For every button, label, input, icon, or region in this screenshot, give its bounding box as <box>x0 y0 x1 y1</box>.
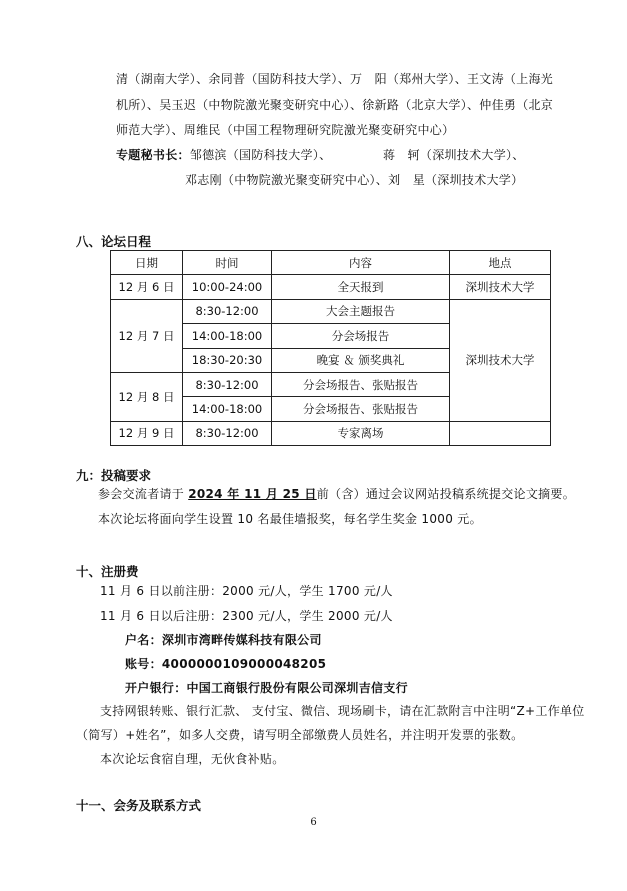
page-number: 6 <box>0 817 627 828</box>
cell-content: 大会主题报告 <box>272 299 450 323</box>
bank-name: 开户银行：中国工商银行股份有限公司深圳吉信支行 <box>125 680 408 696</box>
cell-date: 12 月 8 日 <box>111 372 183 421</box>
deadline-text-before: 参会交流者请于 <box>98 487 188 501</box>
cell-content: 晚宴 ＆ 颁奖典礼 <box>272 348 450 372</box>
cell-content: 专家离场 <box>272 421 450 445</box>
fee-early: 11 月 6 日以前注册：2000 元/人，学生 1700 元/人 <box>100 583 393 599</box>
section-8-heading: 八、论坛日程 <box>76 232 151 250</box>
table-row: 12 月 9 日 8:30-12:00 专家离场 <box>111 421 551 445</box>
payment-methods-line-2: （简写）+姓名”，如多人交费，请写明全部缴费人员姓名，并注明开发票的张数。 <box>76 727 523 743</box>
committee-line-1: 清（湖南大学）、余同普（国防科技大学）、万 阳（郑州大学）、王文涛（上海光 <box>116 71 553 87</box>
cell-time: 8:30-12:00 <box>183 421 272 445</box>
header-place: 地点 <box>450 251 551 275</box>
account-number: 账号：4000000109000048205 <box>125 656 326 672</box>
section-9-heading: 九：投稿要求 <box>76 466 151 484</box>
header-content: 内容 <box>272 251 450 275</box>
cell-date: 12 月 9 日 <box>111 421 183 445</box>
fee-late: 11 月 6 日以后注册：2300 元/人，学生 2000 元/人 <box>100 608 393 624</box>
header-time: 时间 <box>183 251 272 275</box>
schedule-table: 日期 时间 内容 地点 12 月 6 日 10:00-24:00 全天报到 深圳… <box>110 250 551 446</box>
cell-time: 14:00-18:00 <box>183 324 272 348</box>
secretary-line-1: 专题秘书长：邹德滨（国防科技大学）、 <box>116 147 331 163</box>
secretary-name-2: 蒋 轲（深圳技术大学）、 <box>383 147 525 163</box>
cell-time: 8:30-12:00 <box>183 299 272 323</box>
table-header-row: 日期 时间 内容 地点 <box>111 251 551 275</box>
cell-time: 8:30-12:00 <box>183 372 272 396</box>
submission-deadline: 参会交流者请于 2024 年 11 月 25 日前（含）通过会议网站投稿系统提交… <box>98 486 575 502</box>
section-10-heading: 十、注册费 <box>76 562 139 580</box>
lodging-note: 本次论坛食宿自理，无伙食补贴。 <box>100 751 285 767</box>
table-row: 12 月 6 日 10:00-24:00 全天报到 深圳技术大学 <box>111 275 551 299</box>
poster-award: 本次论坛将面向学生设置 10 名最佳墙报奖，每名学生奖金 1000 元。 <box>98 511 482 527</box>
cell-date: 12 月 7 日 <box>111 299 183 372</box>
cell-date: 12 月 6 日 <box>111 275 183 299</box>
deadline-text-after: 前（含）通过会议网站投稿系统提交论文摘要。 <box>317 487 575 501</box>
cell-time: 18:30-20:30 <box>183 348 272 372</box>
cell-content: 分会场报告 <box>272 324 450 348</box>
cell-content: 分会场报告、张贴报告 <box>272 397 450 421</box>
header-date: 日期 <box>111 251 183 275</box>
cell-place <box>450 421 551 445</box>
cell-content: 分会场报告、张贴报告 <box>272 372 450 396</box>
section-11-heading: 十一、会务及联系方式 <box>76 796 201 814</box>
deadline-date: 2024 年 11 月 25 日 <box>188 487 317 501</box>
secretary-name-1: 邹德滨（国防科技大学）、 <box>190 148 332 162</box>
cell-time: 14:00-18:00 <box>183 397 272 421</box>
cell-place: 深圳技术大学 <box>450 275 551 299</box>
secretary-label: 专题秘书长： <box>116 148 190 162</box>
cell-content: 全天报到 <box>272 275 450 299</box>
table-row: 12 月 7 日 8:30-12:00 大会主题报告 深圳技术大学 <box>111 299 551 323</box>
account-name: 户名：深圳市湾畔传媒科技有限公司 <box>125 632 322 648</box>
cell-time: 10:00-24:00 <box>183 275 272 299</box>
secretary-line-2: 邓志刚（中物院激光聚变研究中心）、刘 星（深圳技术大学） <box>185 172 523 188</box>
committee-line-3: 师范大学）、周维民（中国工程物理研究院激光聚变研究中心） <box>116 122 454 138</box>
committee-line-2: 机所）、吴玉迟（中物院激光聚变研究中心）、徐新路（北京大学）、仲佳勇（北京 <box>116 97 553 113</box>
cell-place-merged: 深圳技术大学 <box>450 299 551 421</box>
payment-methods-line-1: 支持网银转账、银行汇款、 支付宝、微信、现场刷卡，请在汇款附言中注明“Z+工作单… <box>100 703 585 719</box>
